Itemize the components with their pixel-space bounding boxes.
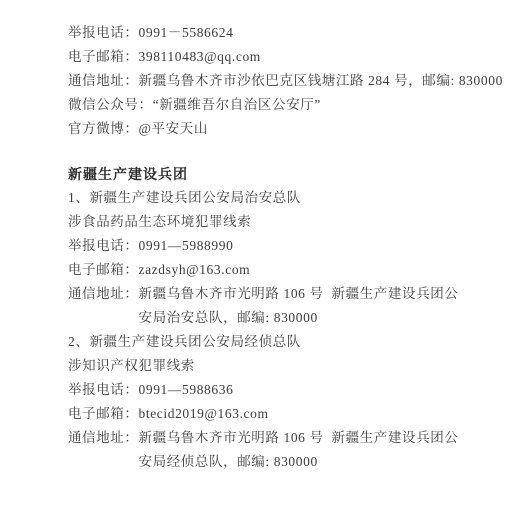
email-value: btecid2019@163.com — [139, 402, 269, 426]
entry-address: 通信地址： 新疆乌鲁木齐市光明路 106 号 新疆生产建设兵团公 安局治安总队，… — [68, 282, 491, 330]
field-label: 举报电话： — [68, 21, 139, 45]
field-label: 通信地址： — [68, 69, 139, 93]
contact-line-email: 电子邮箱： 398110483@qq.com — [68, 45, 491, 69]
entry-email: 电子邮箱： btecid2019@163.com — [68, 402, 491, 426]
address-value: 新疆乌鲁木齐市光明路 106 号 新疆生产建设兵团公 安局治安总队，邮编: 83… — [139, 282, 492, 330]
field-label: 电子邮箱： — [68, 258, 139, 282]
address-value: 新疆乌鲁木齐市光明路 106 号 新疆生产建设兵团公 安局经侦总队，邮编: 83… — [139, 426, 492, 474]
entry-title: 1、新疆生产建设兵团公安局治安总队 — [68, 186, 491, 210]
entry-address: 通信地址： 新疆乌鲁木齐市光明路 106 号 新疆生产建设兵团公 安局经侦总队，… — [68, 426, 491, 474]
document-page: 举报电话： 0991－5586624 电子邮箱： 398110483@qq.co… — [0, 0, 517, 474]
email-value: zazdsyh@163.com — [139, 258, 251, 282]
entry-email: 电子邮箱： zazdsyh@163.com — [68, 258, 491, 282]
entry-scope: 涉知识产权犯罪线索 — [68, 354, 491, 378]
address-line: 安局治安总队，邮编: 830000 — [139, 306, 492, 330]
entry-title: 2、新疆生产建设兵团公安局经侦总队 — [68, 330, 491, 354]
field-label: 通信地址： — [68, 282, 139, 306]
contact-line-weibo: 官方微博： @平安天山 — [68, 117, 491, 141]
report-phone-value: 0991—5988636 — [139, 378, 234, 402]
weibo-account-value: @平安天山 — [139, 117, 208, 141]
email-value: 398110483@qq.com — [139, 45, 261, 69]
address-line: 新疆乌鲁木齐市光明路 106 号 新疆生产建设兵团公 — [139, 426, 492, 450]
address-value: 新疆乌鲁木齐市沙依巴克区钱塘江路 284 号，邮编: 830000 — [139, 69, 503, 93]
field-label: 电子邮箱： — [68, 45, 139, 69]
field-label: 官方微博： — [68, 117, 139, 141]
contact-line-report-phone: 举报电话： 0991－5586624 — [68, 21, 491, 45]
contact-line-wechat: 微信公众号： “新疆维吾尔自治区公安厅” — [68, 93, 491, 117]
field-label: 通信地址： — [68, 426, 139, 450]
section-heading: 新疆生产建设兵团 — [68, 162, 491, 186]
wechat-account-value: “新疆维吾尔自治区公安厅” — [153, 93, 321, 117]
field-label: 电子邮箱： — [68, 402, 139, 426]
entry-scope: 涉食品药品生态环境犯罪线索 — [68, 210, 491, 234]
entry-report-phone: 举报电话： 0991—5988636 — [68, 378, 491, 402]
address-line: 新疆乌鲁木齐市光明路 106 号 新疆生产建设兵团公 — [139, 282, 492, 306]
address-line: 安局经侦总队，邮编: 830000 — [139, 450, 492, 474]
field-label: 举报电话： — [68, 234, 139, 258]
field-label: 微信公众号： — [68, 93, 153, 117]
entry-report-phone: 举报电话： 0991—5988990 — [68, 234, 491, 258]
report-phone-value: 0991－5586624 — [139, 21, 234, 45]
report-phone-value: 0991—5988990 — [139, 234, 234, 258]
contact-line-address: 通信地址： 新疆乌鲁木齐市沙依巴克区钱塘江路 284 号，邮编: 830000 — [68, 69, 491, 93]
field-label: 举报电话： — [68, 378, 139, 402]
